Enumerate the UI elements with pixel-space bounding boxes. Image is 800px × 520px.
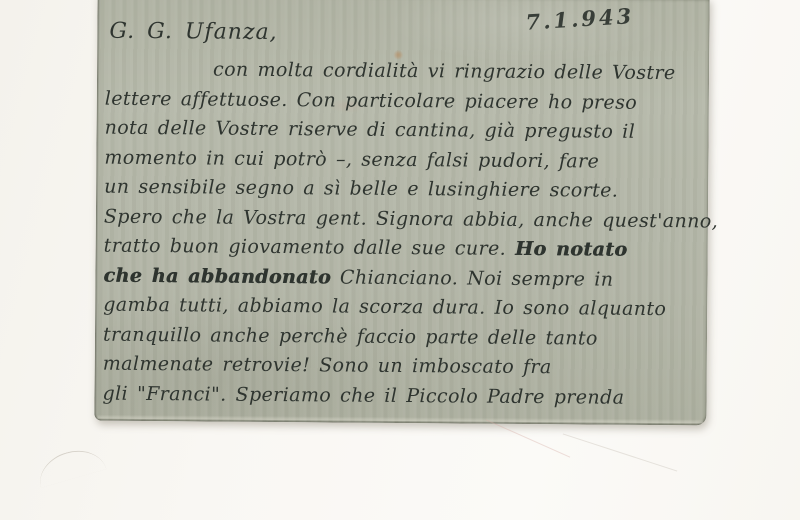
scanner-background: 7.1.943 G. G. Ufanza, con molta cordiali…	[0, 0, 800, 520]
letter-line: che ha abbandonato Chianciano. Noi sempr…	[103, 261, 699, 295]
letter-text-segment: Chianciano. Noi sempre in	[331, 266, 614, 290]
letter-body: con molta cordialità vi ringrazio delle …	[102, 55, 701, 414]
letter-line: momento in cui potrò –, senza falsi pudo…	[104, 143, 700, 177]
scan-artifact-line	[486, 419, 570, 457]
letter-text-segment: gli "Franci". Speriamo che il Piccolo Pa…	[102, 382, 624, 408]
postcard-date: 7.1.943	[525, 3, 635, 35]
letter-line: un sensibile segno a sì belle e lusinghi…	[104, 173, 700, 207]
letter-line: tratto buon giovamento dalle sue cure. H…	[104, 232, 700, 266]
letter-line: gli "Franci". Speriamo che il Piccolo Pa…	[102, 379, 698, 413]
letter-text-segment: gamba tutti, abbiamo la scorza dura. Io …	[103, 294, 666, 320]
letter-text-segment: Ho notato	[515, 238, 628, 261]
letter-text-segment: con molta cordialità vi ringrazio delle …	[213, 59, 676, 85]
scan-artifact-curve	[34, 443, 107, 488]
letter-line: con molta cordialità vi ringrazio delle …	[105, 55, 701, 89]
letter-text-segment: lettere affettuose. Con particolare piac…	[105, 87, 637, 113]
letter-line: Spero che la Vostra gent. Signora abbia,…	[104, 202, 700, 236]
scan-artifact-line	[563, 433, 677, 471]
letter-text-segment: nota delle Vostre riserve di cantina, gi…	[105, 117, 636, 143]
letter-line: gamba tutti, abbiamo la scorza dura. Io …	[103, 291, 699, 325]
postcard-salutation: G. G. Ufanza,	[109, 19, 277, 45]
letter-text-segment: un sensibile segno a sì belle e lusinghi…	[104, 176, 618, 202]
letter-text-segment: Spero che la Vostra gent. Signora abbia,…	[104, 205, 718, 232]
letter-line: nota delle Vostre riserve di cantina, gi…	[105, 114, 701, 148]
letter-text-segment: momento in cui potrò –, senza falsi pudo…	[104, 146, 599, 172]
letter-line: tranquillo anche perchè faccio parte del…	[103, 320, 699, 354]
letter-line: lettere affettuose. Con particolare piac…	[105, 84, 701, 118]
letter-text-segment: tranquillo anche perchè faccio parte del…	[103, 323, 598, 349]
letter-text-segment: malmenate retrovie! Sono un imboscato fr…	[103, 353, 552, 379]
letter-text-segment: tratto buon giovamento dalle sue cure.	[104, 235, 516, 260]
postcard: 7.1.943 G. G. Ufanza, con molta cordiali…	[94, 0, 709, 425]
letter-line: malmenate retrovie! Sono un imboscato fr…	[103, 350, 699, 384]
letter-text-segment: che ha abbandonato	[103, 264, 331, 288]
